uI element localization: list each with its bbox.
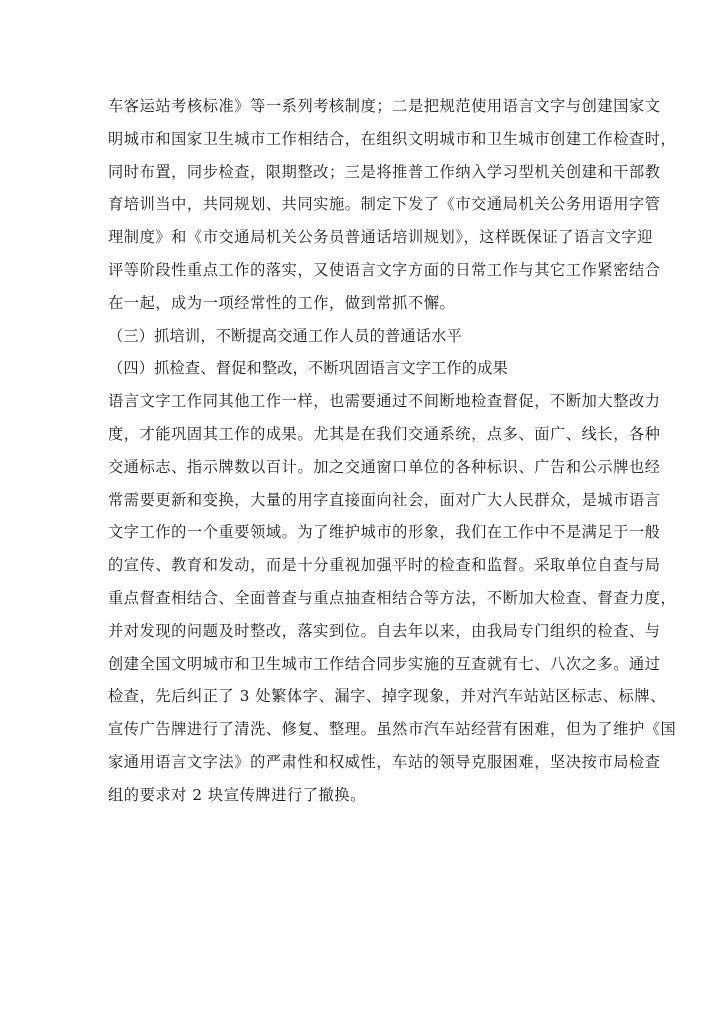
paragraph-line: 同时布置，同步检查，限期整改；三是将推普工作纳入学习型机关创建和干部教	[108, 158, 622, 191]
paragraph-line: 育培训当中，共同规划、共同实施。制定下发了《市交通局机关公务用语用字管	[108, 190, 622, 223]
paragraph-line: 评等阶段性重点工作的落实，又使语言文字方面的日常工作与其它工作紧密结合	[108, 256, 622, 289]
paragraph-line: 宣传广告牌进行了清洗、修复、整理。虽然市汽车站经营有困难，但为了维护《国	[108, 715, 622, 748]
paragraph-line: 度，才能巩固其工作的成果。尤其是在我们交通系统，点多、面广、线长，各种	[108, 420, 622, 453]
paragraph-line: 创建全国文明城市和卫生城市工作结合同步实施的互查就有七、八次之多。通过	[108, 650, 622, 683]
paragraph-line: 理制度》和《市交通局机关公务员普通话培训规划》，这样既保证了语言文字迎	[108, 223, 622, 256]
paragraph-line: 家通用语言文字法》的严肃性和权威性，车站的领导克服困难，坚决按市局检查	[108, 748, 622, 781]
paragraph-line: 语言文字工作同其他工作一样，也需要通过不间断地检查督促，不断加大整改力	[108, 387, 622, 420]
paragraph-line: 检查，先后纠正了 3 处繁体字、漏字、掉字现象，并对汽车站站区标志、标牌、	[108, 682, 622, 715]
paragraph-line: 组的要求对 2 块宣传牌进行了撤换。	[108, 781, 622, 814]
section-heading-3: （三）抓培训，不断提高交通工作人员的普通话水平	[108, 322, 622, 355]
paragraph-line: 并对发现的问题及时整改，落实到位。自去年以来，由我局专门组织的检查、与	[108, 617, 622, 650]
paragraph-line: 的宣传、教育和发动，而是十分重视加强平时的检查和监督。采取单位自查与局	[108, 551, 622, 584]
document-page: 车客运站考核标准》等一系列考核制度；二是把规范使用语言文字与创建国家文 明城市和…	[108, 92, 622, 814]
paragraph-line: 交通标志、指示牌数以百计。加之交通窗口单位的各种标识、广告和公示牌也经	[108, 453, 622, 486]
paragraph-line: 常需要更新和变换，大量的用字直接面向社会，面对广大人民群众，是城市语言	[108, 486, 622, 519]
paragraph-line: 重点督查相结合、全面普查与重点抽查相结合等方法，不断加大检查、督查力度，	[108, 584, 622, 617]
paragraph-line: 在一起，成为一项经常性的工作，做到常抓不懈。	[108, 289, 622, 322]
section-heading-4: （四）抓检查、督促和整改，不断巩固语言文字工作的成果	[108, 354, 622, 387]
paragraph-line: 车客运站考核标准》等一系列考核制度；二是把规范使用语言文字与创建国家文	[108, 92, 622, 125]
paragraph-line: 文字工作的一个重要领域。为了维护城市的形象，我们在工作中不是满足于一般	[108, 518, 622, 551]
paragraph-line: 明城市和国家卫生城市工作相结合，在组织文明城市和卫生城市创建工作检查时，	[108, 125, 622, 158]
